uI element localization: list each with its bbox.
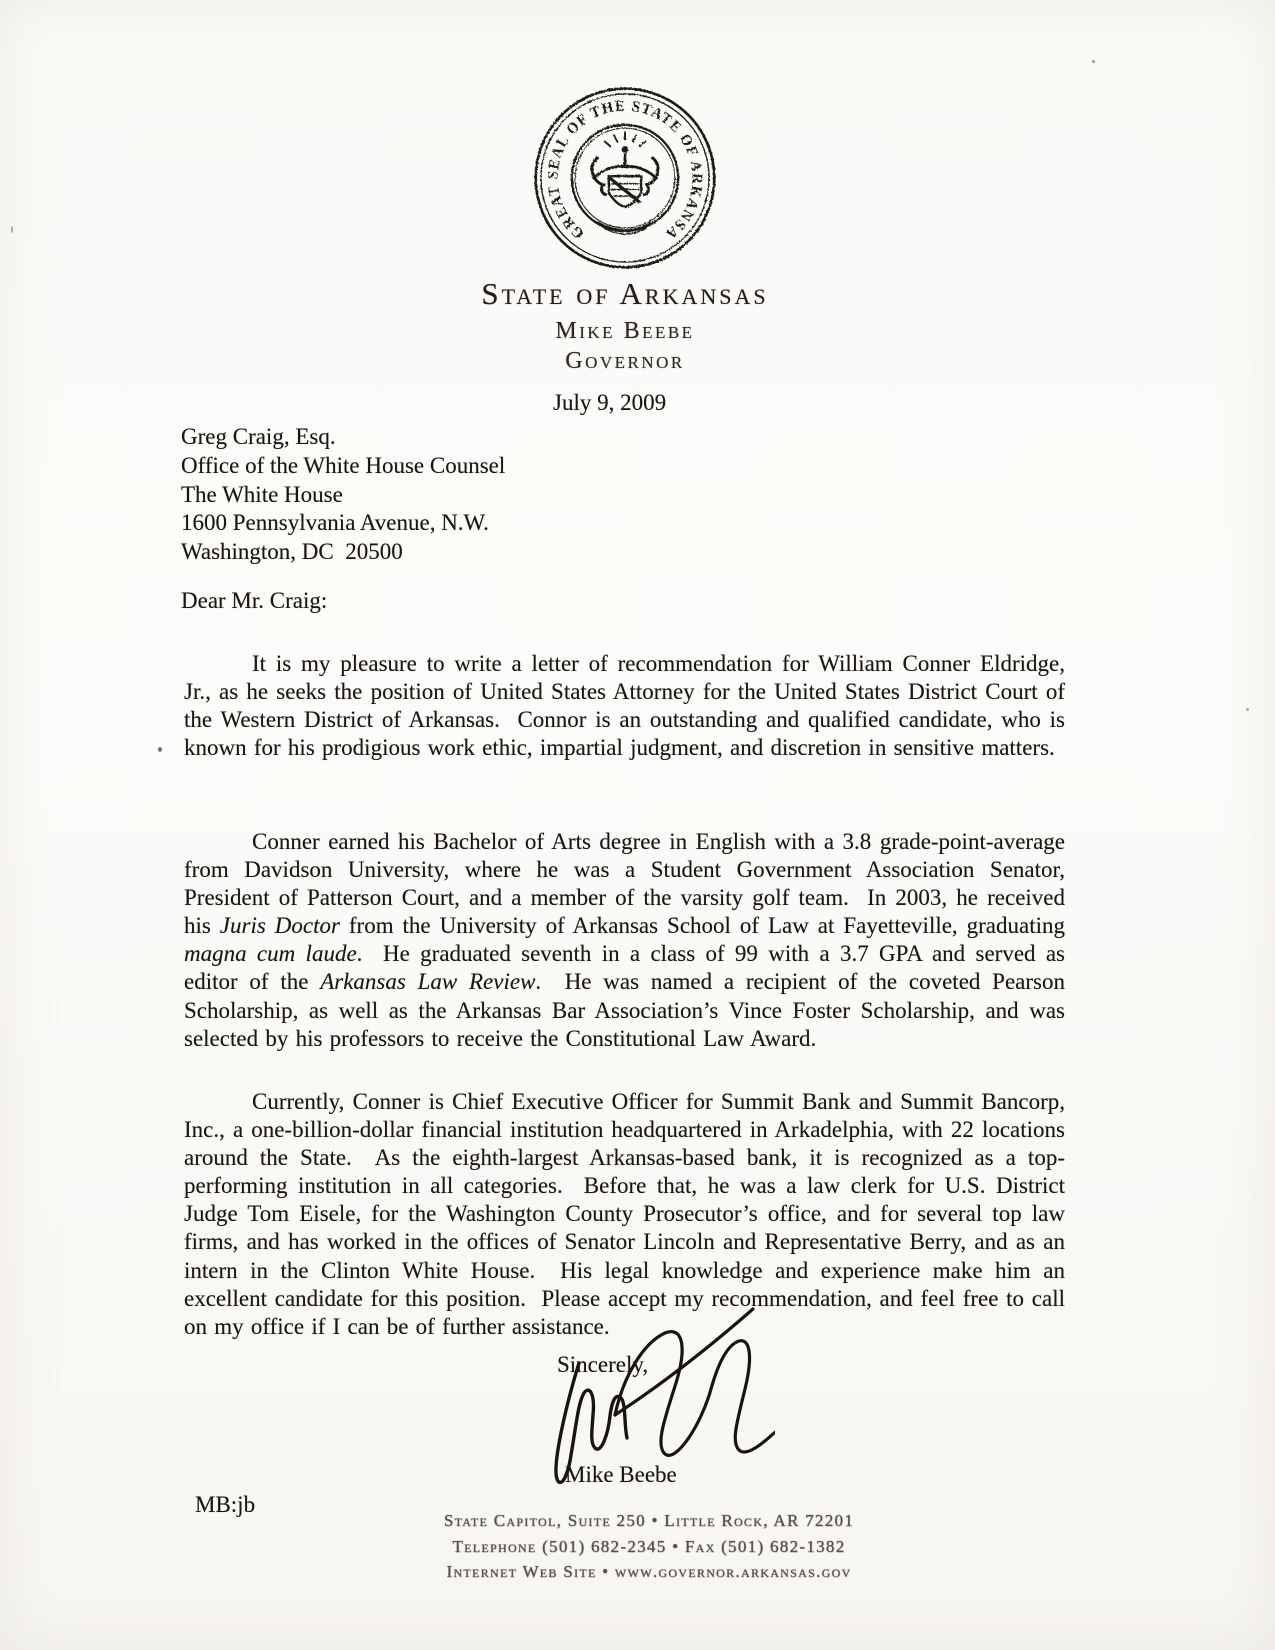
text-segment: magna cum laude bbox=[184, 941, 357, 966]
letterhead-governor-title: Governor bbox=[0, 348, 1250, 375]
text-segment: Juris Doctor bbox=[220, 913, 340, 938]
valediction: Sincerely, bbox=[557, 1352, 648, 1378]
footer-address: State Capitol, Suite 250 • Little Rock, … bbox=[249, 1508, 1049, 1534]
signed-name: Mike Beebe bbox=[565, 1462, 677, 1488]
text-segment: Arkansas Law Review bbox=[320, 969, 535, 994]
footer-website: Internet Web Site • www.governor.arkansa… bbox=[249, 1559, 1049, 1585]
recipient-city-zip: Washington, DC 20500 bbox=[181, 538, 505, 567]
body-paragraph-3: Currently, Conner is Chief Executive Off… bbox=[184, 1088, 1065, 1341]
letterhead: State of Arkansas Mike Beebe Governor bbox=[0, 276, 1250, 375]
scan-speck bbox=[158, 747, 162, 752]
recipient-name: Greg Craig, Esq. bbox=[181, 423, 505, 452]
scan-speck bbox=[11, 226, 13, 233]
scan-speck bbox=[1092, 60, 1095, 63]
recipient-building: The White House bbox=[181, 481, 505, 510]
recipient-street: 1600 Pennsylvania Avenue, N.W. bbox=[181, 509, 505, 538]
body-paragraph-2: Conner earned his Bachelor of Arts degre… bbox=[184, 828, 1065, 1053]
reference-initials: MB:jb bbox=[195, 1492, 255, 1518]
recipient-office: Office of the White House Counsel bbox=[181, 452, 505, 481]
letter-date: July 9, 2009 bbox=[553, 390, 666, 416]
text-segment: from the University of Arkansas School o… bbox=[340, 913, 1065, 938]
scanned-letter-page: GREAT SEAL OF THE STATE OF ARKANSAS Stat… bbox=[0, 0, 1275, 1650]
letterhead-footer: State Capitol, Suite 250 • Little Rock, … bbox=[249, 1508, 1049, 1585]
footer-phone-fax: Telephone (501) 682-2345 • Fax (501) 682… bbox=[249, 1534, 1049, 1560]
recipient-address-block: Greg Craig, Esq. Office of the White Hou… bbox=[181, 423, 505, 567]
body-paragraph-1: It is my pleasure to write a letter of r… bbox=[184, 650, 1065, 762]
state-seal-icon: GREAT SEAL OF THE STATE OF ARKANSAS bbox=[530, 83, 720, 273]
scan-speck bbox=[1246, 708, 1249, 711]
salutation: Dear Mr. Craig: bbox=[181, 588, 327, 614]
letterhead-governor-name: Mike Beebe bbox=[0, 318, 1250, 345]
letterhead-state-name: State of Arkansas bbox=[0, 276, 1250, 312]
